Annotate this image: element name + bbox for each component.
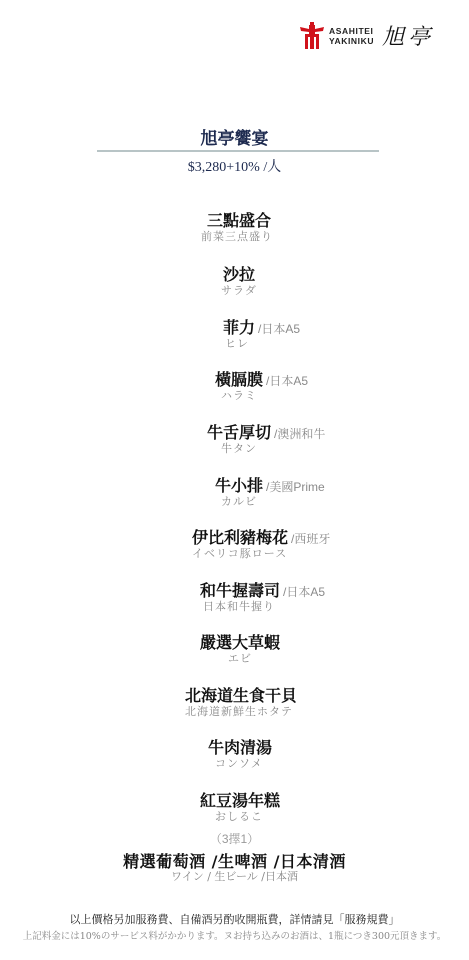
brand-logo: ASAHITEI YAKINIKU 旭亭 (299, 20, 434, 51)
brand-kanji: 旭亭 (382, 20, 434, 51)
menu-title: 旭亭饗宴 (0, 124, 469, 149)
title-divider (97, 150, 379, 152)
menu-price: $3,280+10% /人 (0, 156, 469, 176)
footer-note-ja: 上記料金には10%のサービス料がかかります。ヌお持ち込みのお酒は、1瓶につき30… (0, 928, 469, 942)
asahitei-emblem-icon (299, 22, 325, 50)
footer-note-zh: 以上價格另加服務費、自備酒另酌收開瓶費，詳情請見「服務規費」 (0, 911, 469, 927)
drinks-choice-label: （3擇1） (0, 830, 469, 847)
drinks-options-sub: ワイン / 生ビール /日本酒 (0, 868, 469, 884)
brand-name: ASAHITEI YAKINIKU (329, 26, 374, 46)
